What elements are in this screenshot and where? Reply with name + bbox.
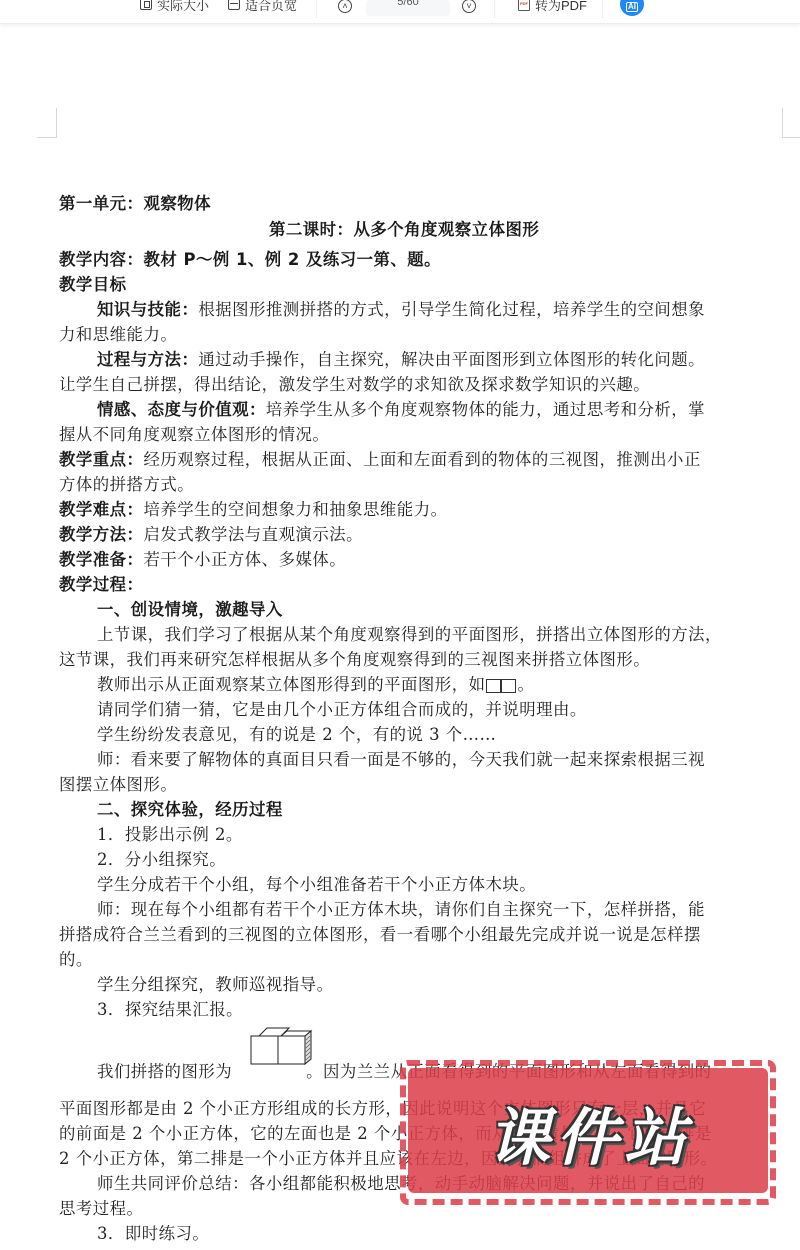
toolbar-divider <box>602 0 603 18</box>
page-number: 5/60 <box>397 0 418 8</box>
paragraph-text: 的。 <box>59 946 93 970</box>
section1-heading: 一、创设情境，激趣导入 <box>59 596 283 620</box>
paragraph-text: 2 个小正方体，第二排是一个小正方体并且应该在左边，因此我们组拼成了上面的图形。 <box>59 1145 717 1169</box>
objective-label: 过程与方法： <box>97 350 198 369</box>
method-label: 教学方法： <box>59 525 143 544</box>
page-corner-mark <box>37 108 57 138</box>
preparation-text: 若干个小正方体、多媒体。 <box>143 550 346 569</box>
paragraph-text-part: 。因为兰兰从正面看得到的平面图形和从左面看得到的 <box>306 1062 711 1081</box>
paragraph-text: 学生分成若干个小组，每个小组准备若干个小正方体木块。 <box>59 871 536 895</box>
paragraph-text: 师：现在每个小组都有若干个小正方体木块，请你们自主探究一下，怎样拼搭，能 <box>59 896 705 920</box>
key-point: 教学重点：经历观察过程，根据从正面、上面和左面看到的物体的三视图，推测出小正 <box>59 446 701 470</box>
ai-icon: AI <box>626 2 638 12</box>
chevron-up-icon: ˄ <box>338 0 352 13</box>
paragraph-text-part: 教师出示从正面观察某立体图形得到的平面图形，如 <box>97 675 485 694</box>
paragraph-text: 3．即时练习。 <box>59 1220 209 1244</box>
paragraph-text-part: 。 <box>517 675 534 694</box>
chevron-down-icon: ˅ <box>462 0 476 13</box>
page-indicator[interactable]: 5/60 <box>366 0 450 16</box>
key-point-label: 教学重点： <box>59 450 143 469</box>
objective-text: 力和思维能力。 <box>59 321 177 345</box>
paragraph-text: 平面图形都是由 2 个小正方形组成的长方形，因此说明这个立体图形只有一层，并且它 <box>59 1095 706 1119</box>
paragraph-text: 1．投影出示例 2。 <box>59 821 243 845</box>
section2-heading: 二、探究体验，经历过程 <box>59 796 283 820</box>
paragraph-text: 请同学们猜一猜，它是由几个小正方体组合而成的，并说明理由。 <box>59 696 587 720</box>
ai-assistant-button[interactable]: AI <box>620 0 644 16</box>
actual-size-icon <box>140 0 152 10</box>
preparation: 教学准备：若干个小正方体、多媒体。 <box>59 546 346 570</box>
convert-pdf-button[interactable]: 转为PDF <box>518 0 587 14</box>
paragraph-text-part: 我们拼搭的图形为 <box>97 1062 232 1081</box>
objective-text: 根据图形推测拼搭的方式，引导学生简化过程，培养学生的空间想象 <box>198 300 705 319</box>
process-heading: 教学过程： <box>59 571 143 595</box>
next-page-button[interactable]: ˅ <box>462 0 476 16</box>
content-label: 教学内容： <box>59 250 143 269</box>
difficulty: 教学难点：培养学生的空间想象力和抽象思维能力。 <box>59 496 447 520</box>
pdf-file-icon <box>518 0 530 11</box>
objective-process: 过程与方法：通过动手操作，自主探究，解决由平面图形到立体图形的转化问题。 <box>59 346 705 370</box>
result-paragraph: 我们拼搭的图形为。因为兰兰从正面看得到的平面图形和从左面看得到的 <box>59 1058 712 1082</box>
objective-knowledge: 知识与技能：根据图形推测拼搭的方式，引导学生简化过程，培养学生的空间想象 <box>59 296 705 320</box>
actual-size-label: 实际大小 <box>157 0 209 14</box>
method-text: 启发式教学法与直观演示法。 <box>143 525 363 544</box>
toolbar-divider <box>316 0 317 18</box>
paragraph-text: 学生纷纷发表意见，有的说是 2 个，有的说 3 个…… <box>59 721 496 745</box>
paragraph-text: 的前面是 2 个小正方体，它的左面也是 2 个小正方体，而从上面看是两排，它的前… <box>59 1120 712 1144</box>
objective-attitude: 情感、态度与价值观：培养学生从多个角度观察物体的能力，通过思考和分析，掌 <box>59 396 705 420</box>
teaching-content: 教学内容：教材 P～例 1、例 2 及练习一第、题。 <box>59 246 441 270</box>
fit-width-icon <box>228 0 240 10</box>
paragraph-text: 图摆立体图形。 <box>59 771 177 795</box>
objective-label: 情感、态度与价值观： <box>97 400 266 419</box>
objective-label: 知识与技能： <box>97 300 198 319</box>
fit-width-label: 适合页宽 <box>245 0 297 14</box>
page-corner-mark <box>782 108 800 138</box>
paragraph-text: 拼搭成符合兰兰看到的三视图的立体图形，看一看哪个小组最先完成并说一说是怎样摆 <box>59 921 701 945</box>
objective-text: 通过动手操作，自主探究，解决由平面图形到立体图形的转化问题。 <box>198 350 705 369</box>
paragraph-text: 教师出示从正面观察某立体图形得到的平面图形，如。 <box>59 671 534 695</box>
fit-width-button[interactable]: 适合页宽 <box>228 0 297 14</box>
paragraph-text: 师：看来要了解物体的真面目只看一面是不够的，今天我们就一起来探索根据三视 <box>59 746 705 770</box>
objective-text: 让学生自己拼摆，得出结论，激发学生对数学的求知欲及探求数学知识的兴趣。 <box>59 371 650 395</box>
viewer-toolbar: 实际大小 适合页宽 ˄ 5/60 ˅ 转为PDF AI <box>0 0 800 24</box>
method: 教学方法：启发式教学法与直观演示法。 <box>59 521 363 545</box>
preparation-label: 教学准备： <box>59 550 143 569</box>
actual-size-button[interactable]: 实际大小 <box>140 0 209 14</box>
content-text: 教材 P～例 1、例 2 及练习一第、题。 <box>143 250 441 269</box>
key-point-text: 方体的拼搭方式。 <box>59 471 194 495</box>
paragraph-text: 思考过程。 <box>59 1195 143 1219</box>
objective-text: 培养学生从多个角度观察物体的能力，通过思考和分析，掌 <box>266 400 705 419</box>
objectives-heading: 教学目标 <box>59 271 127 295</box>
toolbar-divider <box>494 0 495 18</box>
objective-text: 握从不同角度观察立体图形的情况。 <box>59 421 329 445</box>
two-squares-figure <box>486 679 516 693</box>
key-point-text: 经历观察过程，根据从正面、上面和左面看到的物体的三视图，推测出小正 <box>143 450 700 469</box>
paragraph-text: 3．探究结果汇报。 <box>59 996 243 1020</box>
convert-pdf-label: 转为PDF <box>535 0 587 14</box>
paragraph-text: 师生共同评价总结：各小组都能积极地思考，动手动脑解决问题，并说出了自己的 <box>59 1170 705 1194</box>
paragraph-text: 上节课，我们学习了根据从某个角度观察得到的平面图形，拼搭出立体图形的方法， <box>59 621 722 645</box>
paragraph-text: 这节课，我们再来研究怎样根据从多个角度观察得到的三视图来拼搭立体图形。 <box>59 646 650 670</box>
prev-page-button[interactable]: ˄ <box>338 0 352 16</box>
difficulty-text: 培养学生的空间想象力和抽象思维能力。 <box>143 500 447 519</box>
difficulty-label: 教学难点： <box>59 500 143 519</box>
paragraph-text: 学生分组探究，教师巡视指导。 <box>59 971 333 995</box>
paragraph-text: 2．分小组探究。 <box>59 846 226 870</box>
unit-title: 第一单元：观察物体 <box>59 190 211 214</box>
lesson-title: 第二课时：从多个角度观察立体图形 <box>269 216 539 240</box>
